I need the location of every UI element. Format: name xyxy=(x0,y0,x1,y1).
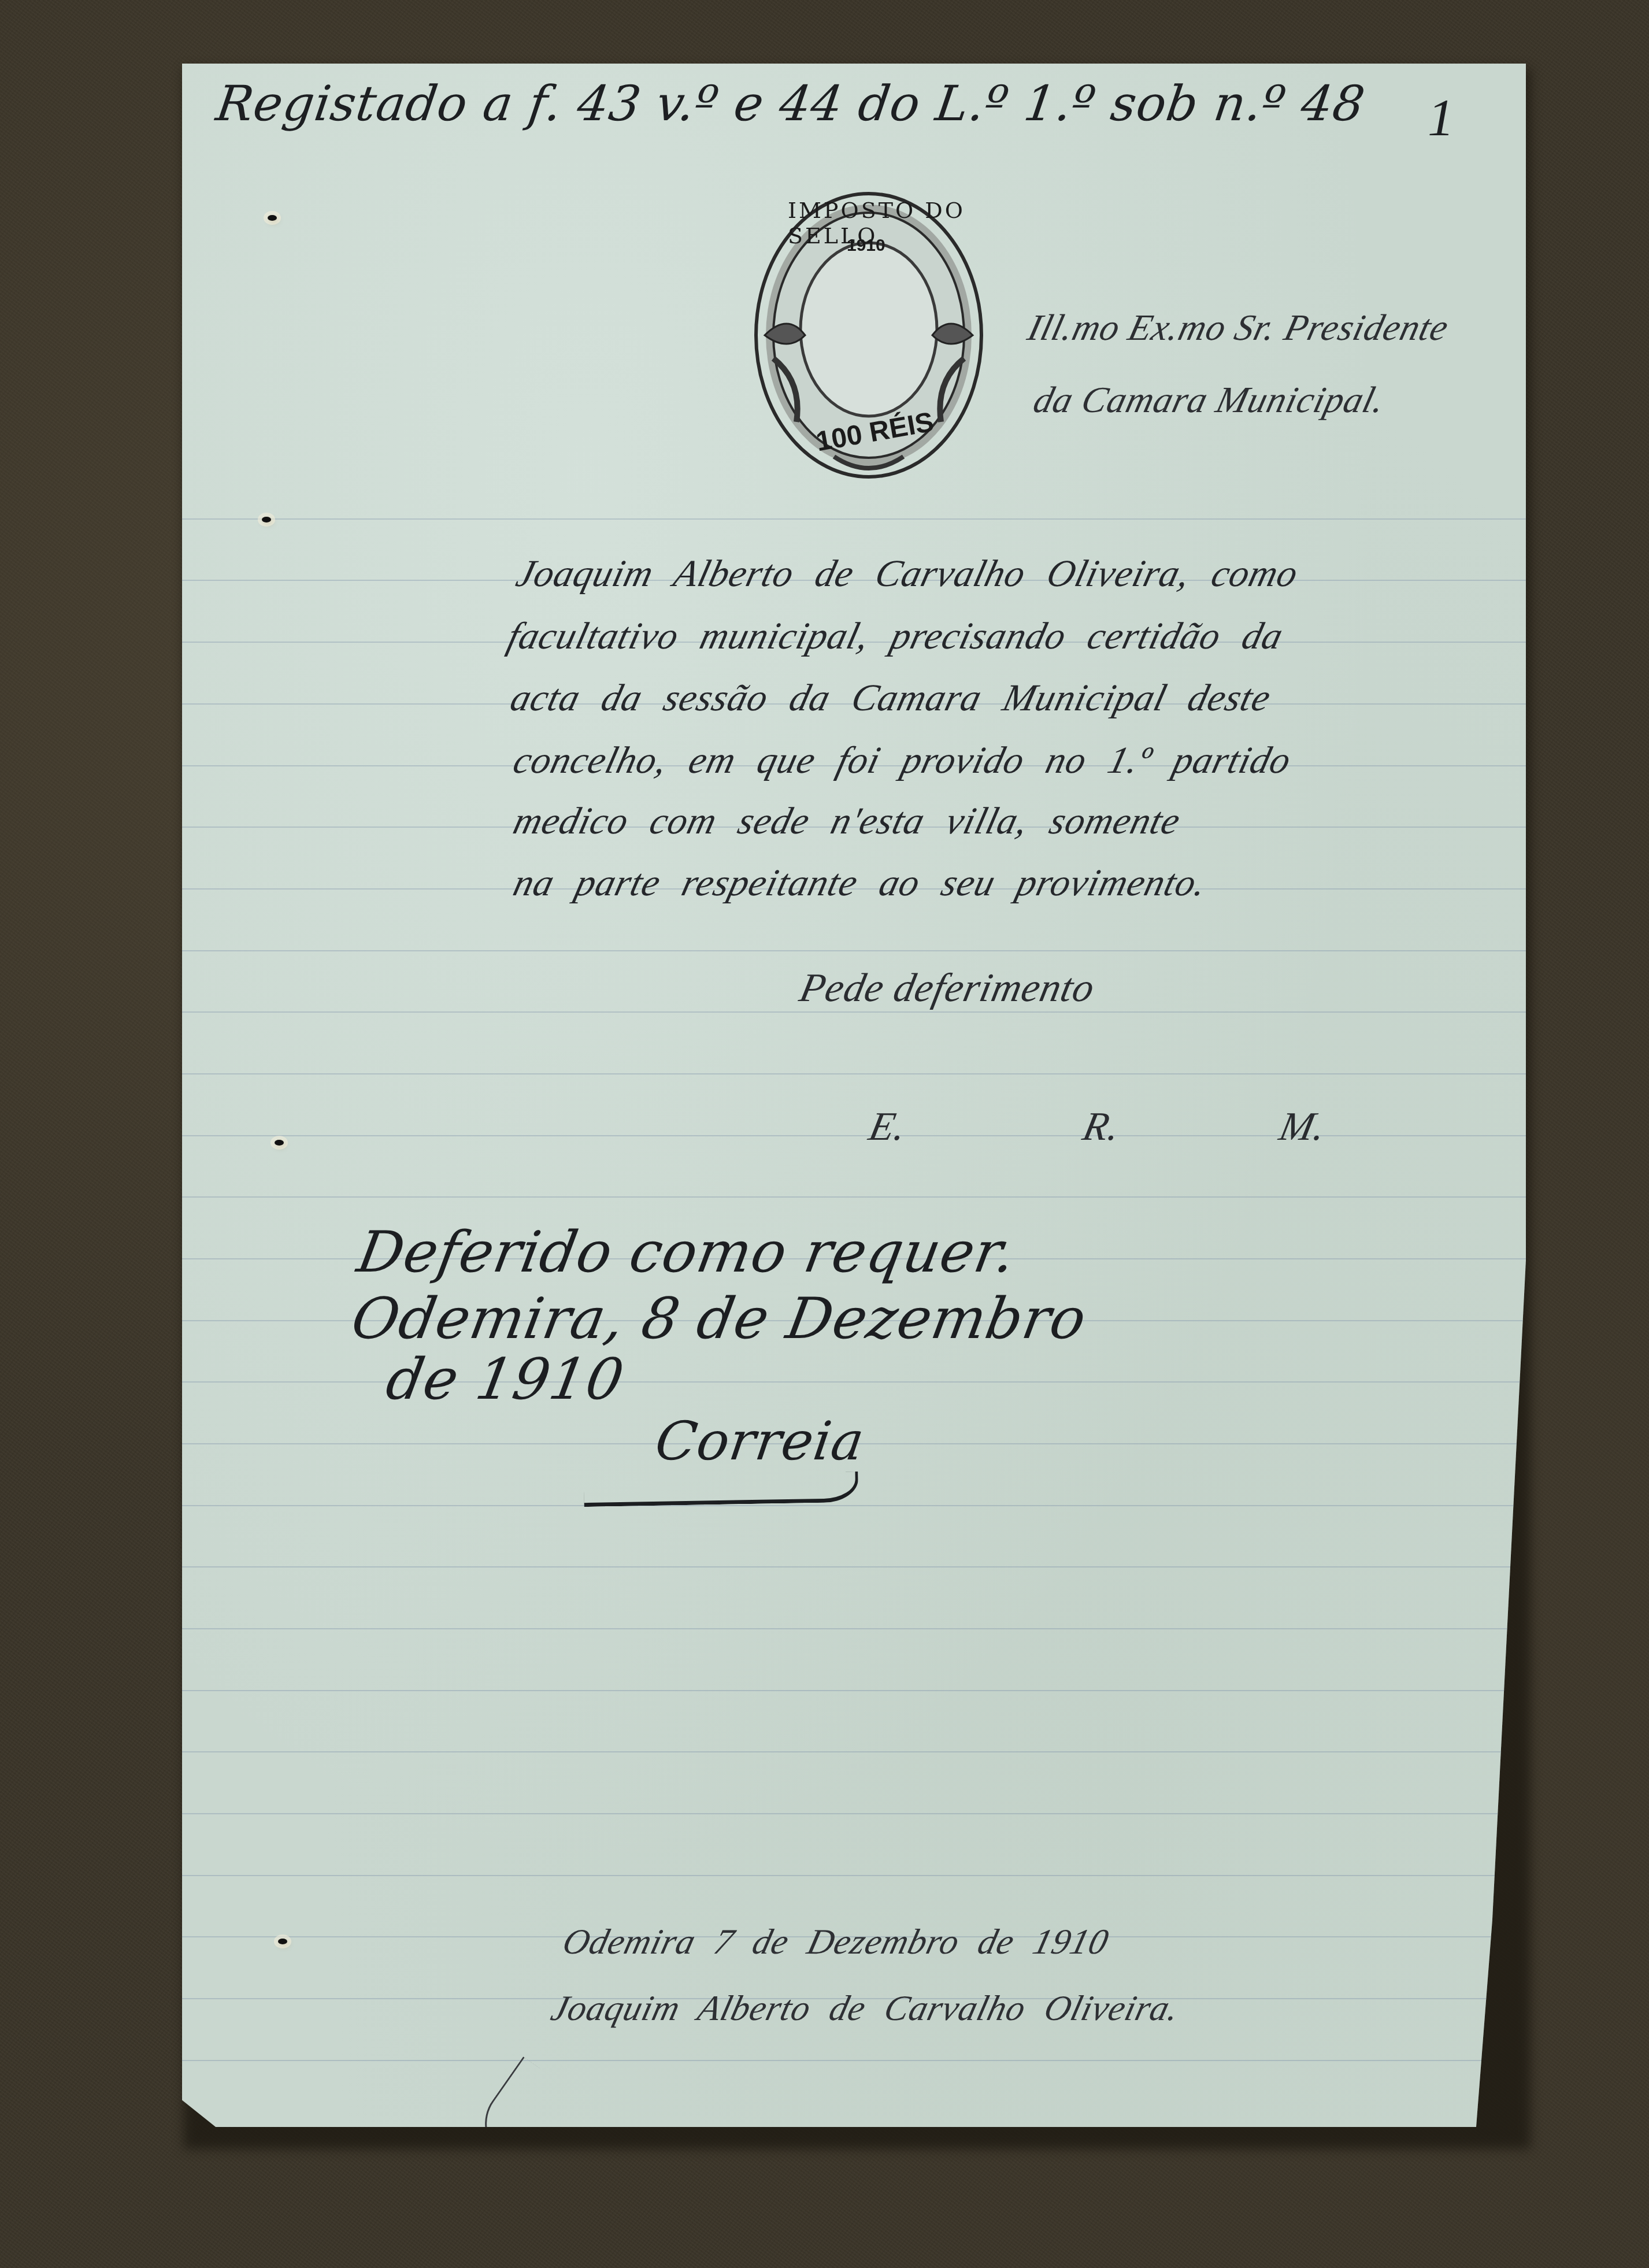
abbreviation-e: E. xyxy=(865,1104,910,1150)
binding-hole xyxy=(268,215,277,221)
document-page: Registado a f. 43 v.º e 44 do L.º 1.º so… xyxy=(182,64,1526,2127)
ruled-line xyxy=(182,518,1526,520)
ruled-line xyxy=(182,1196,1526,1198)
ruled-line xyxy=(182,2060,1526,2061)
footer-date: Odemira 7 de Dezembro de 1910 xyxy=(558,1922,1113,1963)
decision-signature: Correia xyxy=(651,1410,868,1472)
binding-hole xyxy=(262,517,271,522)
page-number: 1 xyxy=(1428,87,1455,148)
abbreviation-m: M. xyxy=(1275,1104,1330,1150)
ruled-line xyxy=(182,1628,1526,1629)
ruled-line xyxy=(182,1135,1526,1136)
petition-line: na parte respeitante ao seu provimento. xyxy=(509,861,1211,905)
petition-line: concelho, em que foi provido no 1.º part… xyxy=(509,739,1296,783)
ruled-line xyxy=(182,1505,1526,1506)
petition-line: Joaquim Alberto de Carvalho Oliveira, co… xyxy=(512,552,1303,596)
registration-note: Registado a f. 43 v.º e 44 do L.º 1.º so… xyxy=(213,75,1369,132)
ruled-line xyxy=(182,1381,1526,1383)
signature-flourish xyxy=(584,1472,859,1507)
stamp-year: 1910 xyxy=(847,236,885,255)
address-line-1: Ill.mo Ex.mo Sr. Presidente xyxy=(1024,306,1453,349)
stamp-top-text: IMPOSTO DO SELLO xyxy=(788,198,990,249)
decision-line-1: Deferido como requer. xyxy=(353,1220,1021,1285)
ruled-line xyxy=(182,1566,1526,1567)
address-line-2: da Camara Municipal. xyxy=(1029,379,1389,421)
binding-hole xyxy=(275,1140,284,1146)
decision-line-3: de 1910 xyxy=(381,1347,629,1413)
footer-signature: Joaquim Alberto de Carvalho Oliveira. xyxy=(547,1988,1184,2029)
petition-line: medico com sede n'esta villa, somente xyxy=(509,799,1185,843)
binding-hole xyxy=(278,1939,287,1944)
decision-line-2: Odemira, 8 de Dezembro xyxy=(347,1286,1091,1352)
petition-line: facultativo municipal, precisando certid… xyxy=(503,614,1288,658)
ruled-line xyxy=(182,950,1526,951)
revenue-stamp: IMPOSTO DO SELLO 1910 100 RÉIS xyxy=(747,185,990,486)
ruled-line xyxy=(182,1751,1526,1752)
petition-line: acta da sessão da Camara Municipal deste xyxy=(506,676,1276,720)
abbreviation-r: R. xyxy=(1079,1104,1124,1150)
ruled-line xyxy=(182,1073,1526,1074)
ruled-line xyxy=(182,1690,1526,1691)
ruled-line xyxy=(182,1011,1526,1013)
petition-closing: Pede deferimento xyxy=(795,965,1099,1011)
ruled-line xyxy=(182,1875,1526,1876)
ruled-line xyxy=(182,1813,1526,1814)
